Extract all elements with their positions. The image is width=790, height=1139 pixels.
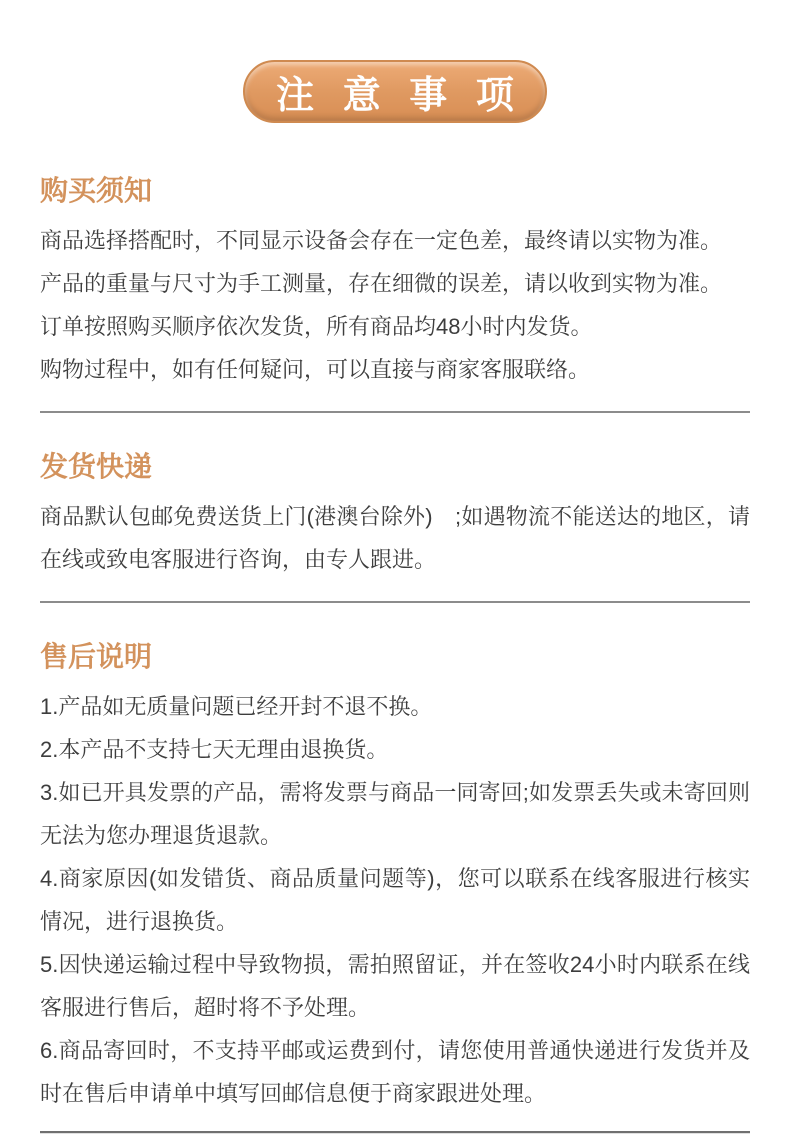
section-purchase-notes: 购买须知 商品选择搭配时，不同显示设备会存在一定色差，最终请以实物为准。 产品的… xyxy=(40,169,750,391)
paragraph: 2.本产品不支持七天无理由退换货。 xyxy=(40,728,750,771)
paragraph: 4.商家原因(如发错货、商品质量问题等)，您可以联系在线客服进行核实情况，进行退… xyxy=(40,857,750,943)
section-title-purchase-notes: 购买须知 xyxy=(40,169,750,209)
section-divider xyxy=(40,601,750,603)
paragraph: 商品默认包邮免费送货上门(港澳台除外) ;如遇物流不能送达的地区，请在线或致电客… xyxy=(40,495,750,581)
paragraph: 3.如已开具发票的产品，需将发票与商品一同寄回;如发票丢失或未寄回则无法为您办理… xyxy=(40,771,750,857)
section-divider xyxy=(40,411,750,413)
section-after-sales: 售后说明 1.产品如无质量问题已经开封不退不换。 2.本产品不支持七天无理由退换… xyxy=(40,635,750,1115)
paragraph: 1.产品如无质量问题已经开封不退不换。 xyxy=(40,685,750,728)
notice-content: 购买须知 商品选择搭配时，不同显示设备会存在一定色差，最终请以实物为准。 产品的… xyxy=(0,169,790,1133)
paragraph: 5.因快递运输过程中导致物损，需拍照留证，并在签收24小时内联系在线客服进行售后… xyxy=(40,943,750,1029)
section-title-shipping: 发货快递 xyxy=(40,445,750,485)
paragraph: 6.商品寄回时，不支持平邮或运费到付，请您使用普通快递进行发货并及时在售后申请单… xyxy=(40,1029,750,1115)
bottom-divider xyxy=(40,1131,750,1133)
paragraph: 购物过程中，如有任何疑问，可以直接与商家客服联络。 xyxy=(40,348,750,391)
notice-page: 注 意 事 项 购买须知 商品选择搭配时，不同显示设备会存在一定色差，最终请以实… xyxy=(0,0,790,1133)
notice-title-badge: 注 意 事 项 xyxy=(243,60,547,123)
paragraph: 订单按照购买顺序依次发货，所有商品均48小时内发货。 xyxy=(40,305,750,348)
section-shipping: 发货快递 商品默认包邮免费送货上门(港澳台除外) ;如遇物流不能送达的地区，请在… xyxy=(40,445,750,581)
paragraph: 商品选择搭配时，不同显示设备会存在一定色差，最终请以实物为准。 xyxy=(40,219,750,262)
section-title-after-sales: 售后说明 xyxy=(40,635,750,675)
paragraph: 产品的重量与尺寸为手工测量，存在细微的误差，请以收到实物为准。 xyxy=(40,262,750,305)
notice-title: 注 意 事 项 xyxy=(276,64,523,119)
